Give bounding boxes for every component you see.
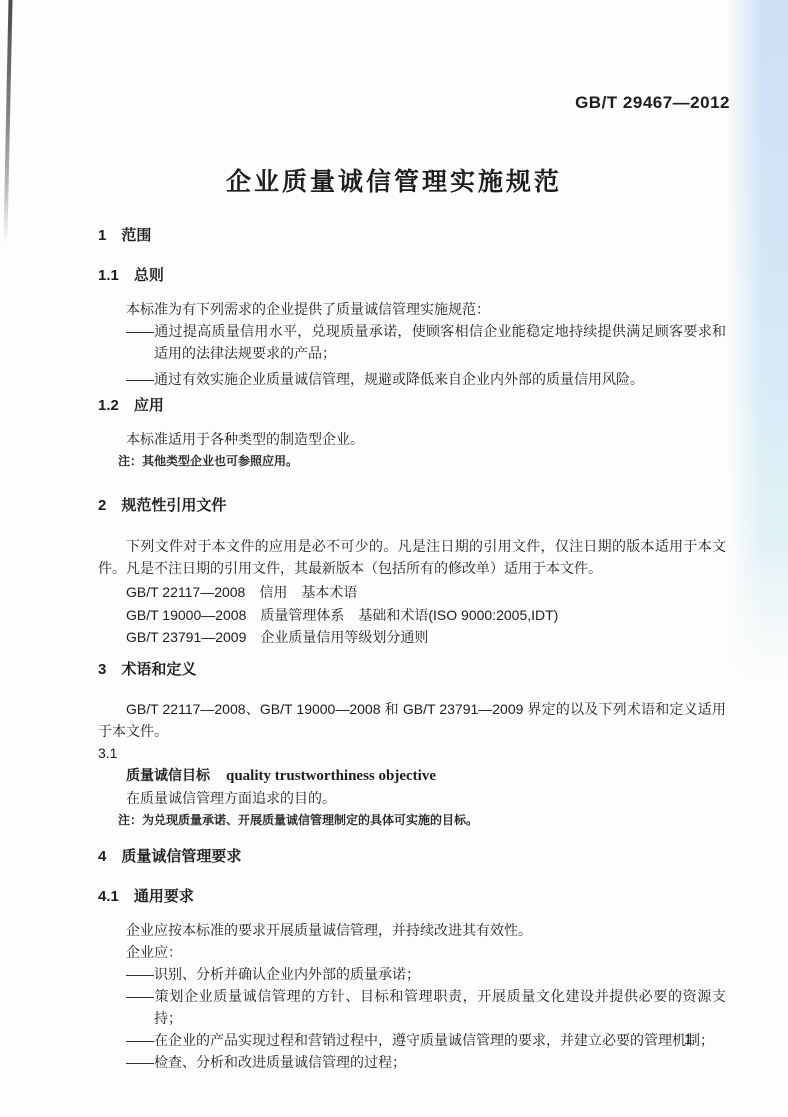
section-4-1-bullet: ——识别、分析并确认企业内外部的质量承诺； [126,963,726,985]
section-4-heading: 4 质量诚信管理要求 [98,846,726,868]
term-entry: 质量诚信目标quality trustworthiness objective [126,764,726,787]
section-1-2-note: 注：其他类型企业也可参照应用。 [118,452,726,470]
section-1-1-heading: 1.1 总则 [98,265,726,287]
section-4-1-bullet: ——在企业的产品实现过程和营销过程中，遵守质量诚信管理的要求，并建立必要的管理机… [126,1029,726,1051]
reference-item: GB/T 19000—2008 质量管理体系 基础和术语(ISO 9000:20… [126,604,726,627]
document-page: GB/T 29467—2012 企业质量诚信管理实施规范 1 范围 1.1 总则… [0,0,788,1117]
term-definition: 在质量诚信管理方面追求的目的。 [126,787,726,809]
reference-item: GB/T 22117—2008 信用 基本术语 [126,581,726,604]
section-4-1-bullet: ——策划企业质量诚信管理的方针、目标和管理职责，开展质量文化建设并提供必要的资源… [126,985,726,1029]
term-zh: 质量诚信目标 [126,767,210,783]
section-1-1-intro: 本标准为有下列需求的企业提供了质量诚信管理实施规范： [98,298,726,320]
section-2-intro: 下列文件对于本文件的应用是必不可少的。凡是注日期的引用文件，仅注日期的版本适用于… [98,535,726,579]
section-1-1-bullet: ——通过有效实施企业质量诚信管理，规避或降低来自企业内外部的质量信用风险。 [126,368,726,390]
standard-number: GB/T 29467—2012 [575,93,730,113]
section-3-intro: GB/T 22117—2008、GB/T 19000—2008 和 GB/T 2… [98,698,726,742]
page-number: 1 [684,1031,692,1048]
reference-item: GB/T 23791—2009 企业质量信用等级划分通则 [126,626,726,649]
page-title: 企业质量诚信管理实施规范 [0,162,788,198]
section-4-1-heading: 4.1 通用要求 [98,886,726,908]
term-en: quality trustworthiness objective [226,768,436,784]
term-id: 3.1 [98,742,726,764]
scan-edge-left-artifact [3,0,12,244]
scan-edge-right-artifact [726,0,788,680]
section-2-heading: 2 规范性引用文件 [98,495,726,517]
section-1-2-heading: 1.2 应用 [98,395,726,417]
section-1-1-bullet: ——通过提高质量信用水平，兑现质量承诺，使顾客相信企业能稳定地持续提供满足顾客要… [126,320,726,364]
term-note: 注：为兑现质量承诺、开展质量诚信管理制定的具体可实施的目标。 [118,811,726,829]
section-4-1-lead-in: 企业应： [126,941,726,963]
section-3-heading: 3 术语和定义 [98,659,726,681]
document-body: 1 范围 1.1 总则 本标准为有下列需求的企业提供了质量诚信管理实施规范： —… [98,225,726,1073]
section-1-2-body: 本标准适用于各种类型的制造型企业。 [98,428,726,450]
section-4-1-bullet: ——检查、分析和改进质量诚信管理的过程； [126,1051,726,1073]
section-4-1-paragraph: 企业应按本标准的要求开展质量诚信管理，并持续改进其有效性。 [98,919,726,941]
section-1-heading: 1 范围 [98,225,726,247]
